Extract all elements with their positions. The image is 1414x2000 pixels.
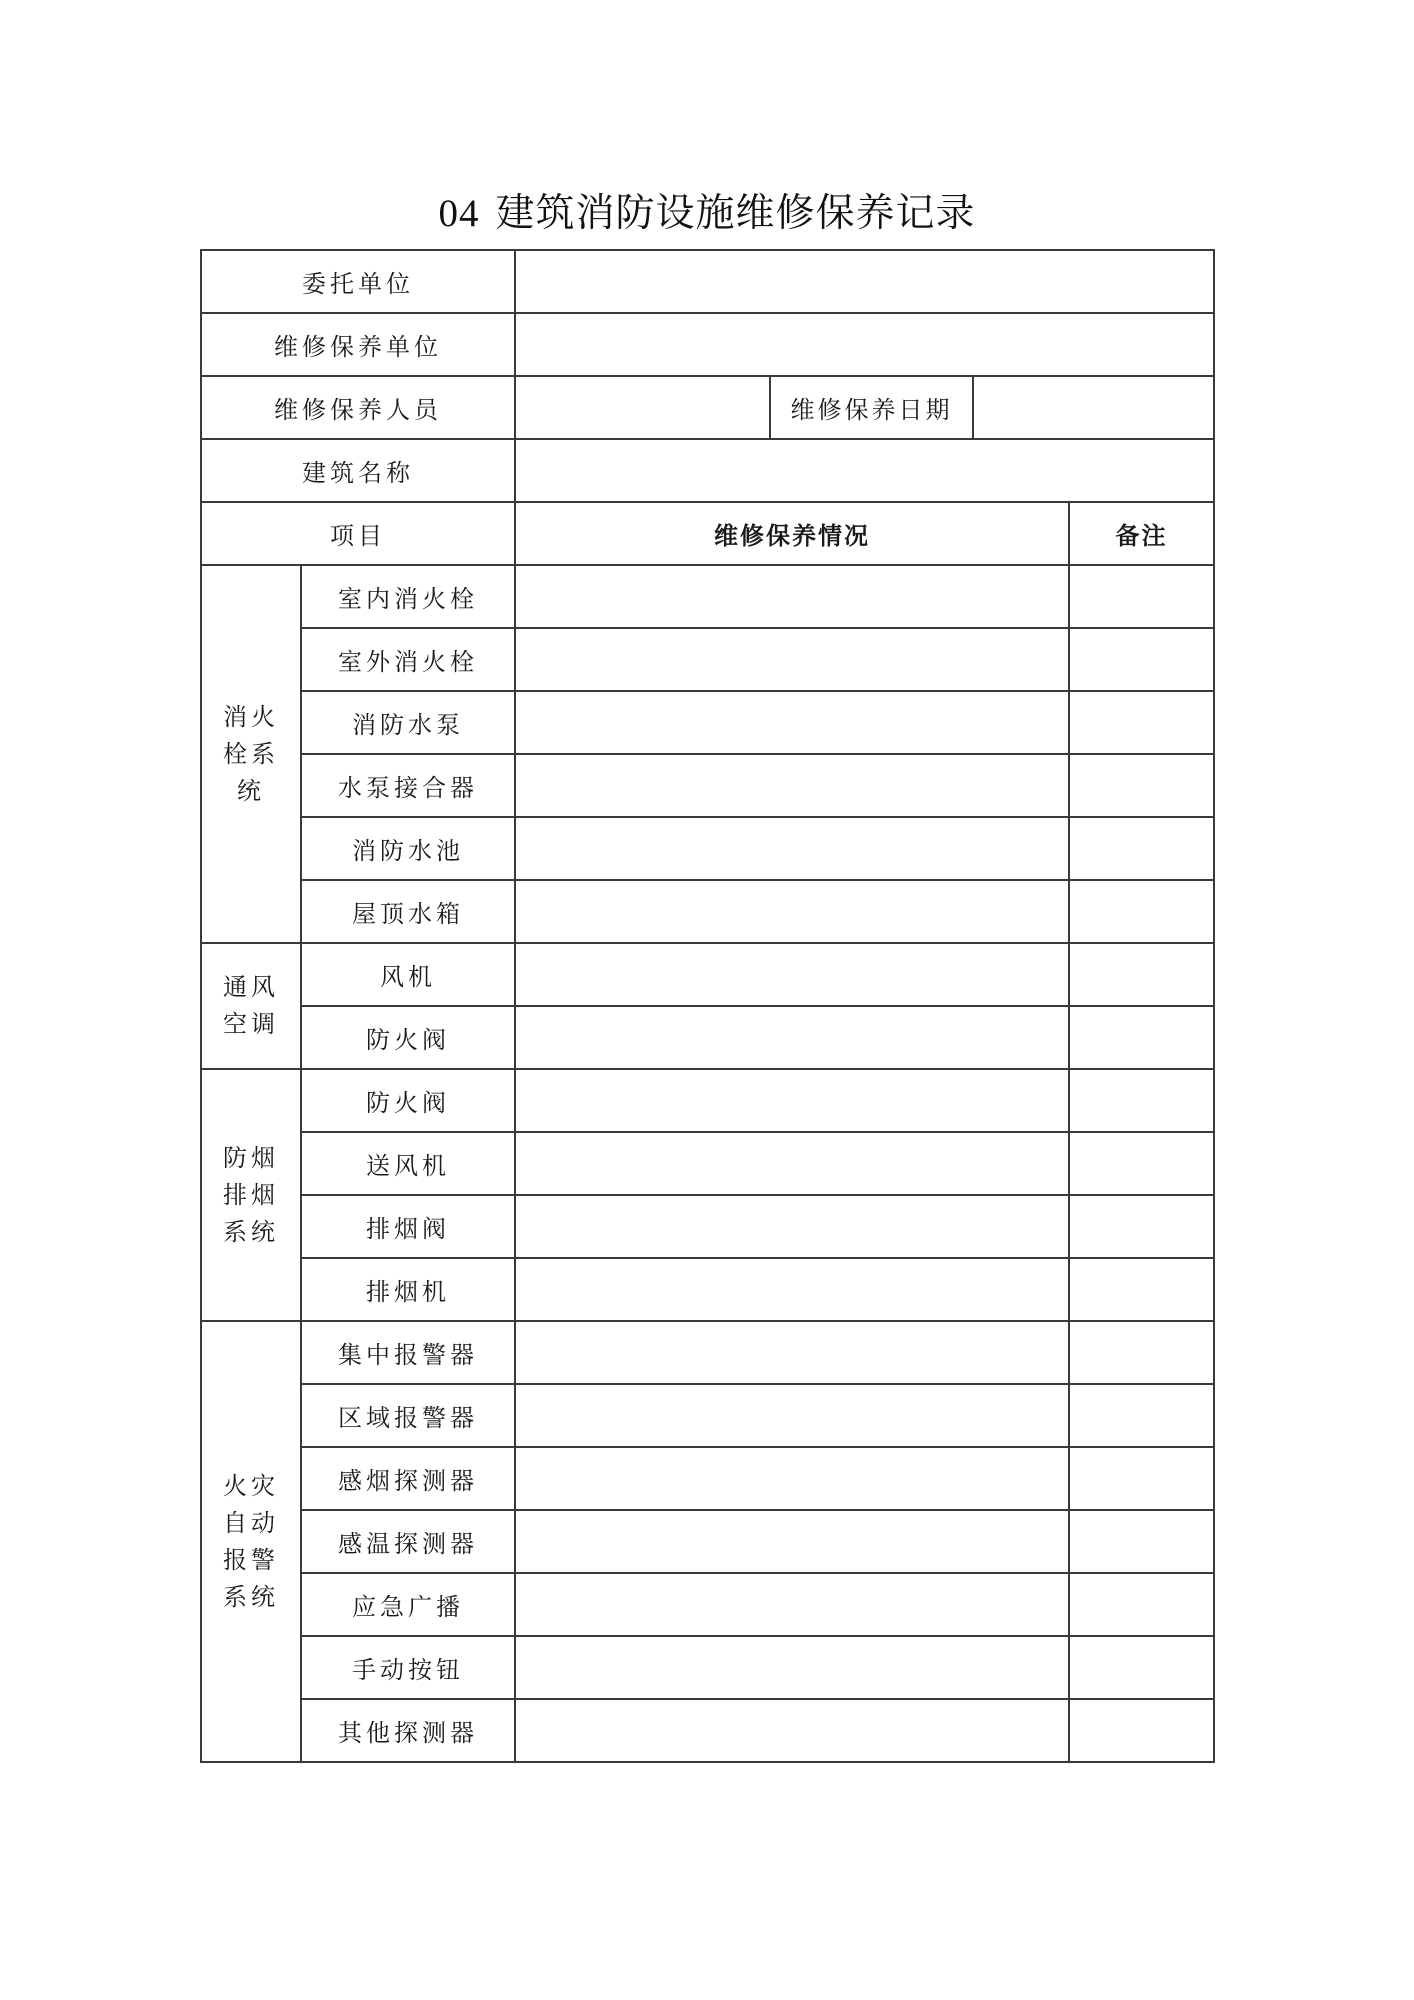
status-field[interactable] xyxy=(515,1447,1069,1510)
remarks-field[interactable] xyxy=(1069,1258,1214,1321)
table-row: 排烟机 xyxy=(201,1258,1214,1321)
status-field[interactable] xyxy=(515,880,1069,943)
building-name-field[interactable] xyxy=(515,439,1214,502)
group-fire-alarm-system: 火灾 自动 报警 系统 xyxy=(201,1321,301,1762)
remarks-field[interactable] xyxy=(1069,1132,1214,1195)
item-label: 室内消火栓 xyxy=(301,565,515,628)
maintenance-staff-label: 维修保养人员 xyxy=(201,376,515,439)
item-label: 排烟机 xyxy=(301,1258,515,1321)
table-row: 送风机 xyxy=(201,1132,1214,1195)
group-label-line: 空调 xyxy=(202,1006,300,1043)
group-label-line: 自动 xyxy=(202,1505,300,1542)
item-label: 消防水池 xyxy=(301,817,515,880)
group-label-line: 通风 xyxy=(202,969,300,1006)
table-row: 区域报警器 xyxy=(201,1384,1214,1447)
remarks-field[interactable] xyxy=(1069,1699,1214,1762)
status-field[interactable] xyxy=(515,1573,1069,1636)
row-staff-date: 维修保养人员 维修保养日期 xyxy=(201,376,1214,439)
maintenance-unit-label: 维修保养单位 xyxy=(201,313,515,376)
column-header-row: 项目 维修保养情况 备注 xyxy=(201,502,1214,565)
remarks-field[interactable] xyxy=(1069,754,1214,817)
table-row: 消防水池 xyxy=(201,817,1214,880)
item-label: 其他探测器 xyxy=(301,1699,515,1762)
maintenance-record-table: 委托单位 维修保养单位 维修保养人员 维修保养日期 建筑名称 项目 维修保养情况… xyxy=(200,249,1215,1763)
remarks-field[interactable] xyxy=(1069,1006,1214,1069)
maintenance-date-field[interactable] xyxy=(973,376,1214,439)
group-label-line: 统 xyxy=(202,773,300,810)
status-field[interactable] xyxy=(515,1069,1069,1132)
table-row: 消火 栓系 统 室内消火栓 xyxy=(201,565,1214,628)
status-field[interactable] xyxy=(515,1636,1069,1699)
remarks-field[interactable] xyxy=(1069,1069,1214,1132)
table-row: 其他探测器 xyxy=(201,1699,1214,1762)
status-field[interactable] xyxy=(515,628,1069,691)
status-field[interactable] xyxy=(515,1195,1069,1258)
row-maintenance-unit: 维修保养单位 xyxy=(201,313,1214,376)
status-field[interactable] xyxy=(515,565,1069,628)
item-label: 防火阀 xyxy=(301,1006,515,1069)
table-row: 排烟阀 xyxy=(201,1195,1214,1258)
status-field[interactable] xyxy=(515,817,1069,880)
status-field[interactable] xyxy=(515,691,1069,754)
remarks-field[interactable] xyxy=(1069,1321,1214,1384)
item-label: 手动按钮 xyxy=(301,1636,515,1699)
status-field[interactable] xyxy=(515,754,1069,817)
item-label: 应急广播 xyxy=(301,1573,515,1636)
item-label: 室外消火栓 xyxy=(301,628,515,691)
column-header-status: 维修保养情况 xyxy=(515,502,1069,565)
status-field[interactable] xyxy=(515,1132,1069,1195)
column-header-remarks: 备注 xyxy=(1069,502,1214,565)
table-row: 屋顶水箱 xyxy=(201,880,1214,943)
remarks-field[interactable] xyxy=(1069,691,1214,754)
status-field[interactable] xyxy=(515,1699,1069,1762)
remarks-field[interactable] xyxy=(1069,880,1214,943)
remarks-field[interactable] xyxy=(1069,943,1214,1006)
remarks-field[interactable] xyxy=(1069,1510,1214,1573)
column-header-item: 项目 xyxy=(201,502,515,565)
table-row: 火灾 自动 报警 系统 集中报警器 xyxy=(201,1321,1214,1384)
item-label: 送风机 xyxy=(301,1132,515,1195)
status-field[interactable] xyxy=(515,1321,1069,1384)
building-name-label: 建筑名称 xyxy=(201,439,515,502)
item-label: 感温探测器 xyxy=(301,1510,515,1573)
table-row: 防火阀 xyxy=(201,1006,1214,1069)
item-label: 排烟阀 xyxy=(301,1195,515,1258)
group-label-line: 防烟 xyxy=(202,1140,300,1177)
remarks-field[interactable] xyxy=(1069,565,1214,628)
group-label-line: 火灾 xyxy=(202,1468,300,1505)
remarks-field[interactable] xyxy=(1069,628,1214,691)
form-number: 04 xyxy=(438,192,479,235)
item-label: 风机 xyxy=(301,943,515,1006)
item-label: 屋顶水箱 xyxy=(301,880,515,943)
item-label: 集中报警器 xyxy=(301,1321,515,1384)
group-smoke-control-system: 防烟 排烟 系统 xyxy=(201,1069,301,1321)
remarks-field[interactable] xyxy=(1069,1573,1214,1636)
maintenance-unit-field[interactable] xyxy=(515,313,1214,376)
row-building-name: 建筑名称 xyxy=(201,439,1214,502)
remarks-field[interactable] xyxy=(1069,817,1214,880)
table-row: 水泵接合器 xyxy=(201,754,1214,817)
group-ventilation-ac: 通风 空调 xyxy=(201,943,301,1069)
group-label-line: 排烟 xyxy=(202,1177,300,1214)
status-field[interactable] xyxy=(515,1258,1069,1321)
remarks-field[interactable] xyxy=(1069,1636,1214,1699)
client-unit-label: 委托单位 xyxy=(201,250,515,313)
client-unit-field[interactable] xyxy=(515,250,1214,313)
table-row: 感温探测器 xyxy=(201,1510,1214,1573)
table-row: 防烟 排烟 系统 防火阀 xyxy=(201,1069,1214,1132)
group-label-line: 栓系 xyxy=(202,736,300,773)
maintenance-date-label: 维修保养日期 xyxy=(770,376,973,439)
group-label-line: 报警 xyxy=(202,1542,300,1579)
status-field[interactable] xyxy=(515,1384,1069,1447)
item-label: 消防水泵 xyxy=(301,691,515,754)
item-label: 防火阀 xyxy=(301,1069,515,1132)
table-row: 应急广播 xyxy=(201,1573,1214,1636)
maintenance-staff-field[interactable] xyxy=(515,376,770,439)
remarks-field[interactable] xyxy=(1069,1195,1214,1258)
remarks-field[interactable] xyxy=(1069,1384,1214,1447)
status-field[interactable] xyxy=(515,943,1069,1006)
group-hydrant-system: 消火 栓系 统 xyxy=(201,565,301,943)
status-field[interactable] xyxy=(515,1510,1069,1573)
table-row: 感烟探测器 xyxy=(201,1447,1214,1510)
table-row: 消防水泵 xyxy=(201,691,1214,754)
item-label: 区域报警器 xyxy=(301,1384,515,1447)
group-label-line: 消火 xyxy=(202,699,300,736)
status-field[interactable] xyxy=(515,1006,1069,1069)
item-label: 感烟探测器 xyxy=(301,1447,515,1510)
row-client-unit: 委托单位 xyxy=(201,250,1214,313)
group-label-line: 系统 xyxy=(202,1579,300,1616)
table-row: 通风 空调 风机 xyxy=(201,943,1214,1006)
table-row: 手动按钮 xyxy=(201,1636,1214,1699)
form-title: 建筑消防设施维修保养记录 xyxy=(495,191,975,236)
group-label-line: 系统 xyxy=(202,1214,300,1251)
page-title: 04建筑消防设施维修保养记录 xyxy=(0,182,1414,238)
remarks-field[interactable] xyxy=(1069,1447,1214,1510)
table-row: 室外消火栓 xyxy=(201,628,1214,691)
item-label: 水泵接合器 xyxy=(301,754,515,817)
